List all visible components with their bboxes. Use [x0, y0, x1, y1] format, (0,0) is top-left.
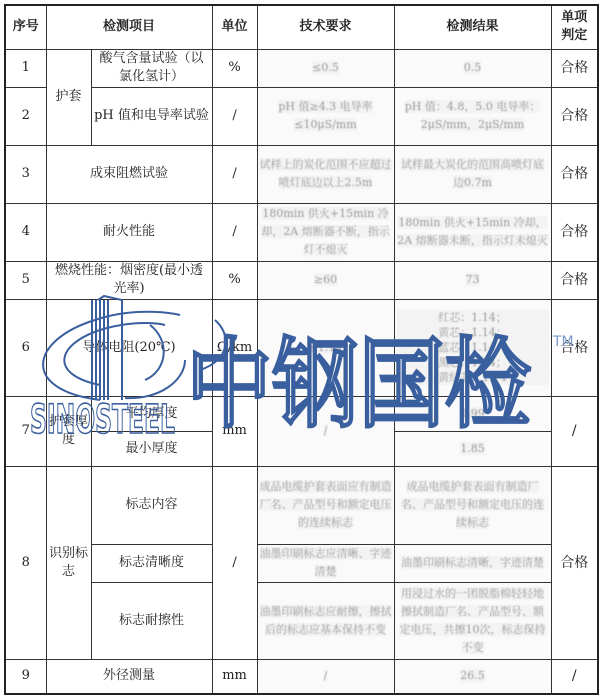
row-requirement: 油墨印刷标志应耐擦，擦拭后的标志应基本保持不变 — [260, 605, 392, 636]
row-no: 7 — [5, 396, 46, 466]
row-verdict: 合格 — [551, 145, 598, 203]
row-subitem: 标志内容 — [91, 466, 212, 544]
row-verdict: / — [551, 659, 598, 694]
row-item: 成束阻燃试验 — [46, 145, 212, 203]
row-result: 试样最大炭化的范围高喷灯底边0.7m — [401, 158, 544, 189]
row-result: 油墨印刷标志清晰，字迹清楚 — [401, 556, 544, 569]
row-no: 8 — [5, 466, 46, 659]
row-item: 导体电阻(20℃) — [46, 299, 212, 396]
row-unit: mm — [212, 659, 257, 694]
row-unit: / — [212, 203, 257, 261]
row-verdict: 合格 — [551, 299, 598, 396]
table-row: 3 成束阻燃试验 / 试样上的炭化范围不应超过喷灯底边以上2.5m 试样最大炭化… — [5, 145, 598, 203]
row-unit: % — [212, 261, 257, 299]
group-label: 识别标志 — [46, 466, 91, 659]
row-requirement: / — [324, 424, 328, 437]
row-result: 1.99 — [460, 407, 485, 420]
table-row: 7 护套厚度 平均厚度 mm / 1.99 / — [5, 396, 598, 431]
table-row: 标志耐擦性 油墨印刷标志应耐擦，擦拭后的标志应基本保持不变 用浸过水的一团脱脂棉… — [5, 582, 598, 659]
row-item: pH 值和电导率试验 — [91, 87, 212, 145]
header-requirement: 技术要求 — [257, 5, 394, 49]
row-item: 酸气含量试验（以氯化氢计） — [91, 49, 212, 87]
row-verdict: 合格 — [551, 466, 598, 659]
test-report-table: 序号 检测项目 单位 技术要求 检测结果 单项判定 1 护套 酸气含量试验（以氯… — [4, 4, 599, 695]
row-unit: / — [212, 466, 257, 659]
row-result: 成品电缆护套表面有制造厂名、产品型号和额定电压的连续标志 — [401, 480, 544, 529]
row-result: 0.5 — [464, 61, 482, 74]
header-verdict: 单项判定 — [551, 5, 598, 49]
row-verdict: 合格 — [551, 203, 598, 261]
row-result: 73 — [466, 273, 480, 286]
row-requirement: 油墨印刷标志应清晰、字迹清楚 — [260, 547, 392, 578]
row-unit: Ω/km — [212, 299, 257, 396]
row-result: pH 值：4.8，5.0 电导率：2μS/mm，2μS/mm — [405, 100, 541, 131]
row-requirement: 成品电缆护套表面应有制造厂名、产品型号和额定电压的连续标志 — [260, 480, 392, 529]
table-row: 4 耐火性能 / 180min 供火+15min 冷却，2A 熔断器不断，指示灯… — [5, 203, 598, 261]
table-row: 2 pH 值和电导率试验 / pH 值≥4.3 电导率≤10μS/mm pH 值… — [5, 87, 598, 145]
row-requirement: 试样上的炭化范围不应超过喷灯底边以上2.5m — [260, 158, 392, 189]
table-row: 9 外径测量 mm / 26.5 / — [5, 659, 598, 694]
header-row: 序号 检测项目 单位 技术要求 检测结果 单项判定 — [5, 5, 598, 49]
header-unit: 单位 — [212, 5, 257, 49]
row-subitem: 平均厚度 — [91, 396, 212, 431]
group-label: 护套厚度 — [46, 396, 91, 466]
row-verdict: 合格 — [551, 261, 598, 299]
row-result: 红芯：1.14； 黄芯：1.14； 蓝芯：1.14； 黑芯：1.14； 黄绿芯：… — [394, 299, 551, 396]
row-item: 耐火性能 — [46, 203, 212, 261]
row-verdict: 合格 — [551, 87, 598, 145]
table-row: 1 护套 酸气含量试验（以氯化氢计） % ≤0.5 0.5 合格 — [5, 49, 598, 87]
table-row: 标志清晰度 油墨印刷标志应清晰、字迹清楚 油墨印刷标志清晰，字迹清楚 — [5, 544, 598, 582]
row-requirement: ≤1.14 — [309, 341, 343, 354]
row-result: 1.85 — [460, 442, 485, 455]
row-result: 用浸过水的一团脱脂棉轻轻地擦拭制造厂名、产品型号、额定电压，共擦10次，标志保持… — [400, 587, 546, 654]
row-item: 外径测量 — [46, 659, 212, 694]
table-row: 5 燃烧性能：烟密度(最小透光率) % ≥60 73 合格 — [5, 261, 598, 299]
row-no: 1 — [5, 49, 46, 87]
row-no: 4 — [5, 203, 46, 261]
row-subitem: 标志耐擦性 — [91, 582, 212, 659]
row-verdict: 合格 — [551, 49, 598, 87]
row-result: 180min 供火+15min 冷却，2A 熔断器未断，指示灯未熄灭 — [397, 216, 547, 247]
row-subitem: 最小厚度 — [91, 431, 212, 466]
row-requirement: pH 值≥4.3 电导率≤10μS/mm — [278, 100, 372, 131]
row-subitem: 标志清晰度 — [91, 544, 212, 582]
row-unit: mm — [212, 396, 257, 466]
row-unit: / — [212, 87, 257, 145]
row-requirement: 180min 供火+15min 冷却，2A 熔断器不断，指示灯不熄灭 — [261, 207, 389, 256]
header-item: 检测项目 — [46, 5, 212, 49]
row-result: 26.5 — [460, 669, 485, 682]
row-requirement: ≤0.5 — [312, 61, 339, 74]
table-row: 8 识别标志 标志内容 / 成品电缆护套表面应有制造厂名、产品型号和额定电压的连… — [5, 466, 598, 544]
row-requirement: ≥60 — [314, 273, 337, 286]
row-no: 6 — [5, 299, 46, 396]
row-no: 9 — [5, 659, 46, 694]
row-no: 3 — [5, 145, 46, 203]
row-no: 2 — [5, 87, 46, 145]
row-verdict: / — [551, 396, 598, 466]
table-row: 6 导体电阻(20℃) Ω/km ≤1.14 红芯：1.14； 黄芯：1.14；… — [5, 299, 598, 396]
row-no: 5 — [5, 261, 46, 299]
row-requirement: / — [324, 669, 328, 682]
header-no: 序号 — [5, 5, 46, 49]
group-label: 护套 — [46, 49, 91, 145]
row-unit: % — [212, 49, 257, 87]
row-unit: / — [212, 145, 257, 203]
header-result: 检测结果 — [394, 5, 551, 49]
row-item: 燃烧性能：烟密度(最小透光率) — [46, 261, 212, 299]
